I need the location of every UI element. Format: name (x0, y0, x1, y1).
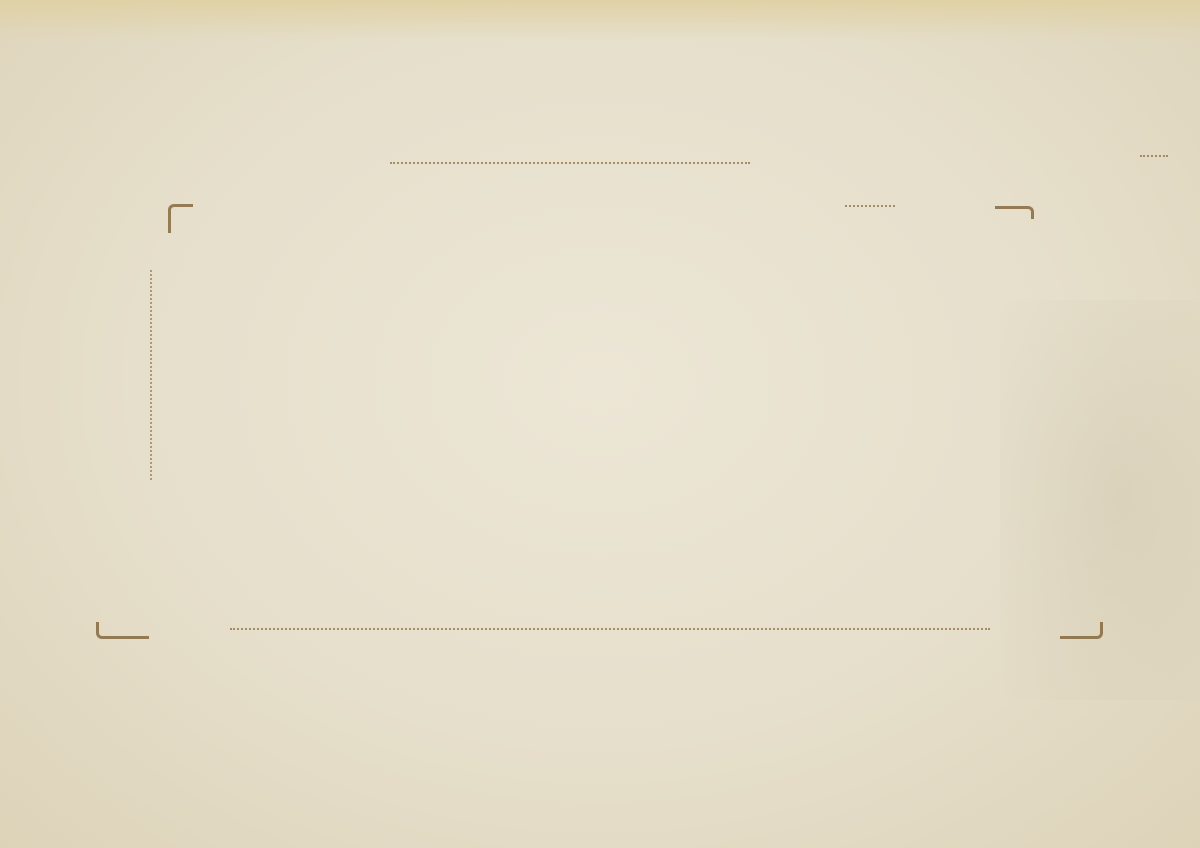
faint-top-right-marks (845, 205, 895, 207)
frame-corner-bottom-left (96, 622, 149, 639)
faint-edge-mark (1140, 155, 1168, 157)
paper-top-stain (0, 0, 1200, 40)
frame-corner-bottom-right (1060, 622, 1103, 639)
faint-top-marks (390, 162, 750, 164)
paper-shading (1000, 300, 1200, 700)
frame-corner-top-left (168, 204, 193, 233)
faint-left-marks (150, 270, 152, 480)
frame-corner-top-right (995, 206, 1034, 219)
faint-bottom-marks (230, 628, 990, 630)
